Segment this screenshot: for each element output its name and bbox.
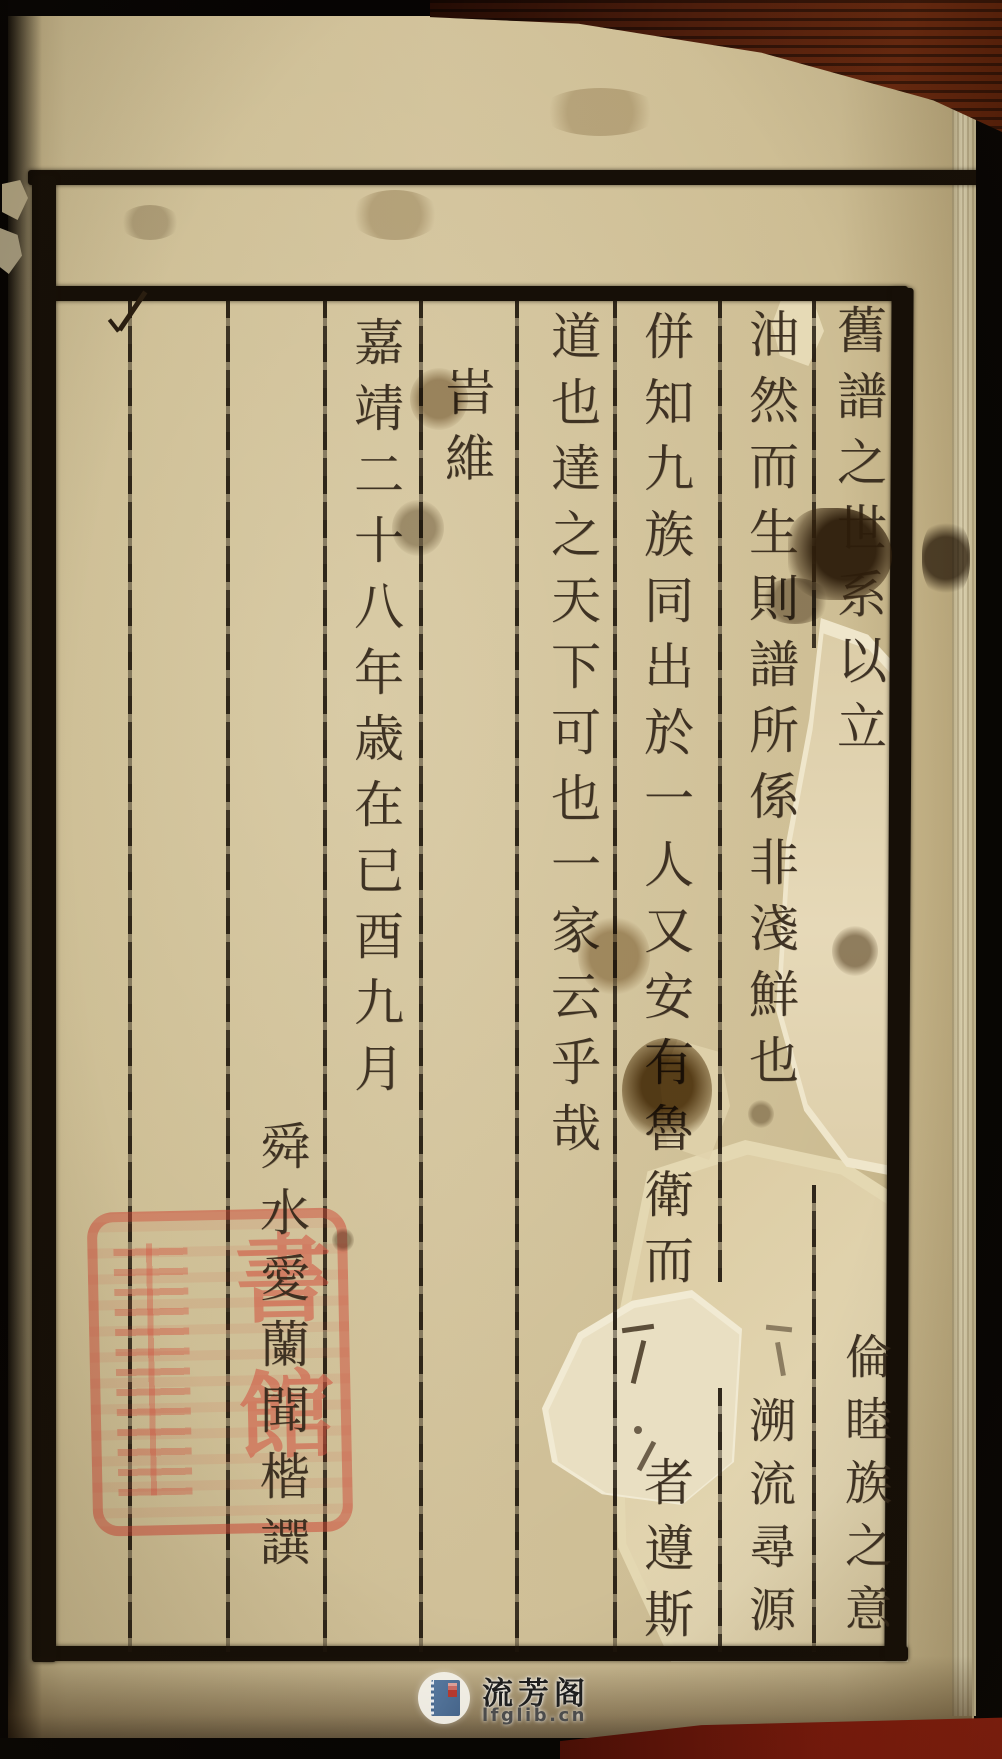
- watermark-badge: [418, 1672, 470, 1724]
- brush-check-mark: [106, 288, 150, 334]
- ink-stain: [760, 578, 830, 624]
- outer-top-rule: [28, 170, 984, 185]
- ink-stain: [578, 916, 650, 996]
- edge-mark: [922, 518, 970, 598]
- text-column-nine-clans-end: 者遵斯: [640, 1456, 690, 1654]
- ink-stain: [748, 1100, 774, 1128]
- page-fore-edge: [952, 48, 976, 1716]
- torn-character-fragment: [762, 1318, 802, 1384]
- seal-script-strokes: [113, 1243, 192, 1496]
- text-column-dao: 道也達之天下可也一家云乎哉: [547, 310, 597, 1168]
- text-column-jiajing-date: 嘉靖二十八年歳在已酉九月: [350, 316, 400, 1108]
- ink-stain: [540, 88, 660, 136]
- column-divider: [812, 1185, 816, 1652]
- book-title-label: [448, 1683, 457, 1697]
- watermark-site-url: lfglib.cn: [482, 1705, 587, 1726]
- ink-stain: [410, 368, 468, 430]
- text-column-under-tear-left: 溯流尋源: [745, 1396, 792, 1648]
- ink-stain: [622, 1038, 712, 1143]
- red-collector-seal: 書館: [87, 1207, 354, 1536]
- torn-character-fragment: [626, 1420, 666, 1480]
- ink-stain: [350, 190, 440, 240]
- text-column-signature: 舜水愛蘭聞楷譔: [256, 1120, 306, 1582]
- ink-stain: [392, 500, 444, 556]
- column-divider: [718, 300, 722, 1282]
- ink-stain: [832, 926, 878, 976]
- text-column-under-tear-right: 倫睦族之意: [841, 1332, 888, 1647]
- ink-stain: [120, 205, 180, 240]
- ink-stain: [332, 1228, 354, 1252]
- column-divider: [718, 1388, 722, 1652]
- book-icon: [431, 1680, 460, 1716]
- text-column-youran: 油然而生則譜所係非淺鮮也: [745, 308, 795, 1100]
- scanned-genealogy-page: 舊譜之世系以立 油然而生則譜所係非淺鮮也 併知九族同出於一人又安有魯衛而 者遵斯…: [0, 0, 1002, 1759]
- gutter-shadow: [8, 16, 42, 1740]
- torn-character-fragment: [616, 1322, 662, 1398]
- text-frame-top: [40, 286, 908, 301]
- watermark: 流芳阁 lfglib.cn: [418, 1668, 658, 1732]
- right-edge: [976, 0, 1002, 1759]
- column-divider: [515, 300, 519, 1652]
- text-column-nine-clans: 併知九族同出於一人又安有魯衛而: [640, 310, 690, 1300]
